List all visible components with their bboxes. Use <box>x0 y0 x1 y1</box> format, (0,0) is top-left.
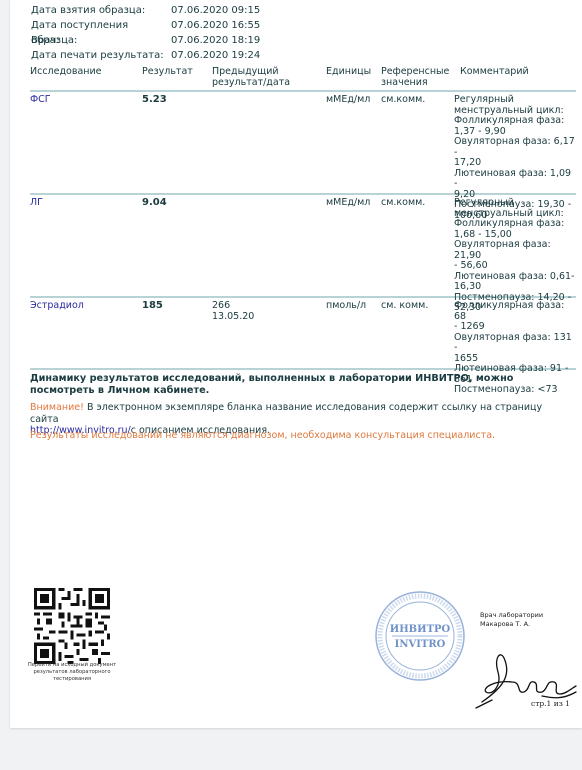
table-row: Эстрадиол 185 266 13.05.20 пмоль/л см. к… <box>30 298 576 370</box>
table-row: ФСГ 5.23 мМЕд/мл см.комм. Регулярный мен… <box>30 92 576 195</box>
result-page: Дата взятия образца:07.06.2020 09:15 Дат… <box>10 0 582 728</box>
header-reference: Референсные значения <box>381 66 449 88</box>
test-units: мМЕд/мл <box>326 95 370 106</box>
table-row: ЛГ 9.04 мМЕд/мл см.комм. Регулярный менс… <box>30 195 576 298</box>
svg-text:ИНВИТРО: ИНВИТРО <box>390 624 451 635</box>
test-units: мМЕд/мл <box>326 198 370 209</box>
qr-code-icon[interactable] <box>34 588 110 664</box>
dynamics-note: Динамику результатов исследований, выпол… <box>30 373 570 396</box>
meta-row: Врач:07.06.2020 18:19 <box>31 33 260 48</box>
test-name-link[interactable]: ФСГ <box>30 95 51 106</box>
lab-stamp-icon: ИНВИТРО INVITRO <box>374 590 466 682</box>
test-name-link[interactable]: ЛГ <box>30 198 43 209</box>
doctor-signature-block: Врач лаборатории Макарова Т. А. <box>480 611 543 629</box>
header-units: Единицы <box>326 66 371 77</box>
test-name-link[interactable]: Эстрадиол <box>30 301 84 312</box>
test-comment: Регулярный менструальный цикл: Фолликуля… <box>454 198 576 314</box>
qr-caption: Перейти на исходный документ результатов… <box>24 662 120 683</box>
header-previous: Предыдущий результат/дата <box>212 66 290 88</box>
test-result: 9.04 <box>142 198 167 209</box>
doctor-title: Врач лаборатории <box>480 611 543 620</box>
meta-row: Дата взятия образца:07.06.2020 09:15 <box>31 3 260 18</box>
meta-row: Дата печати результата:07.06.2020 19:24 <box>31 48 260 63</box>
header-test: Исследование <box>30 66 102 77</box>
test-reference: см.комм. <box>381 198 425 209</box>
disclaimer: Результаты исследований не являются диаг… <box>30 430 495 441</box>
meta-row: Дата поступления образца:07.06.2020 16:5… <box>31 18 260 33</box>
test-units: пмоль/л <box>326 301 366 312</box>
header-result: Результат <box>142 66 193 77</box>
svg-text:INVITRO: INVITRO <box>395 639 446 650</box>
attention-label: Внимание! <box>30 402 84 413</box>
doctor-name: Макарова Т. А. <box>480 620 543 629</box>
sample-meta: Дата взятия образца:07.06.2020 09:15 Дат… <box>31 3 260 63</box>
test-reference: см. комм. <box>381 301 428 312</box>
test-previous: 266 13.05.20 <box>212 301 254 322</box>
header-comment: Комментарий <box>460 66 529 77</box>
page-number: стр.1 из 1 <box>531 699 570 708</box>
test-result: 5.23 <box>142 95 167 106</box>
test-result: 185 <box>142 301 163 312</box>
table-header: Исследование Результат Предыдущий резуль… <box>30 66 576 92</box>
test-reference: см.комм. <box>381 95 425 106</box>
